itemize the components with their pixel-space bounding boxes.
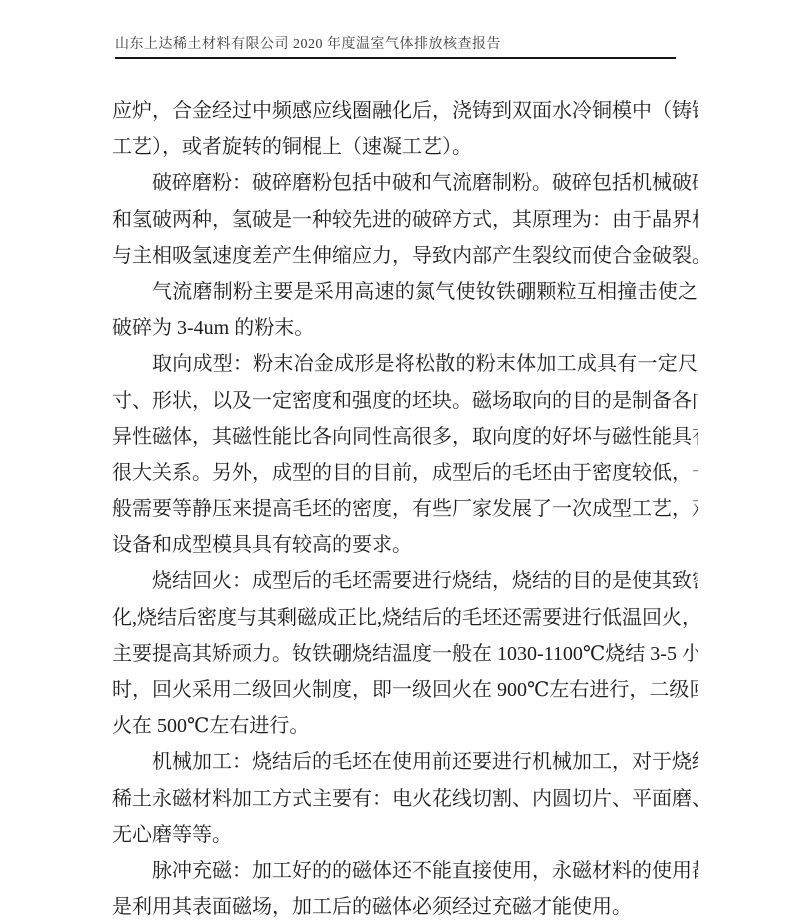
text-line: 般需要等静压来提高毛坯的密度，有些厂家发展了一次成型工艺，对: [112, 491, 698, 527]
paragraph: 脉冲充磁：加工好的的磁体还不能直接使用，永磁材料的使用都是利用其表面磁场，加工后…: [112, 853, 698, 922]
paragraph: 取向成型：粉末冶金成形是将松散的粉末体加工成具有一定尺寸、形状，以及一定密度和强…: [112, 346, 698, 563]
paragraph: 气流磨制粉主要是采用高速的氮气使钕铁硼颗粒互相撞击使之破碎为 3-4um 的粉末…: [112, 274, 698, 346]
header-title: 山东上达稀土材料有限公司 2020 年度温室气体排放核查报告: [115, 37, 501, 52]
page-header: 山东上达稀土材料有限公司 2020 年度温室气体排放核查报告: [115, 35, 676, 55]
text-line: 工艺），或者旋转的铜棍上（速凝工艺）。: [112, 129, 698, 165]
text-line: 设备和成型模具具有较高的要求。: [112, 527, 698, 563]
paragraph: 破碎磨粉：破碎磨粉包括中破和气流磨制粉。破碎包括机械破碎和氢破两种，氢破是一种较…: [112, 165, 698, 274]
text-line: 无心磨等等。: [112, 817, 698, 853]
paragraph: 机械加工：烧结后的毛坯在使用前还要进行机械加工，对于烧结稀土永磁材料加工方式主要…: [112, 744, 698, 853]
text-line: 主要提高其矫顽力。钕铁硼烧结温度一般在 1030-1100℃烧结 3-5 小: [112, 636, 698, 672]
paragraph: 应炉，合金经过中频感应线圈融化后，浇铸到双面水冷铜模中（铸锭工艺），或者旋转的铜…: [112, 93, 698, 165]
text-line: 时，回火采用二级回火制度，即一级回火在 900℃左右进行，二级回: [112, 672, 698, 708]
text-line: 火在 500℃左右进行。: [112, 708, 698, 744]
text-line: 烧结回火：成型后的毛坯需要进行烧结，烧结的目的是使其致密: [112, 563, 698, 599]
text-line: 气流磨制粉主要是采用高速的氮气使钕铁硼颗粒互相撞击使之: [112, 274, 698, 310]
text-line: 是利用其表面磁场，加工后的磁体必须经过充磁才能使用。: [112, 889, 698, 922]
header-rule: [115, 57, 676, 59]
text-line: 破碎磨粉：破碎磨粉包括中破和气流磨制粉。破碎包括机械破碎: [112, 165, 698, 201]
text-line: 机械加工：烧结后的毛坯在使用前还要进行机械加工，对于烧结: [112, 744, 698, 780]
text-line: 应炉，合金经过中频感应线圈融化后，浇铸到双面水冷铜模中（铸锭: [112, 93, 698, 129]
text-line: 和氢破两种，氢破是一种较先进的破碎方式，其原理为：由于晶界相: [112, 202, 698, 238]
document-page: 山东上达稀土材料有限公司 2020 年度温室气体排放核查报告 应炉，合金经过中频…: [0, 0, 791, 922]
text-line: 稀土永磁材料加工方式主要有：电火花线切割、内圆切片、平面磨、: [112, 781, 698, 817]
text-line: 取向成型：粉末冶金成形是将松散的粉末体加工成具有一定尺: [112, 346, 698, 382]
text-line: 异性磁体，其磁性能比各向同性高很多，取向度的好坏与磁性能具有: [112, 419, 698, 455]
text-line: 寸、形状，以及一定密度和强度的坯块。磁场取向的目的是制备各向: [112, 383, 698, 419]
text-line: 破碎为 3-4um 的粉末。: [112, 310, 698, 346]
text-line: 很大关系。另外，成型的目的目前，成型后的毛坯由于密度较低，一: [112, 455, 698, 491]
text-line: 与主相吸氢速度差产生伸缩应力，导致内部产生裂纹而使合金破裂。: [112, 238, 698, 274]
document-body: 应炉，合金经过中频感应线圈融化后，浇铸到双面水冷铜模中（铸锭工艺），或者旋转的铜…: [112, 93, 698, 922]
text-line: 化,烧结后密度与其剩磁成正比,烧结后的毛坯还需要进行低温回火，: [112, 600, 698, 636]
paragraph: 烧结回火：成型后的毛坯需要进行烧结，烧结的目的是使其致密化,烧结后密度与其剩磁成…: [112, 563, 698, 744]
text-line: 脉冲充磁：加工好的的磁体还不能直接使用，永磁材料的使用都: [112, 853, 698, 889]
